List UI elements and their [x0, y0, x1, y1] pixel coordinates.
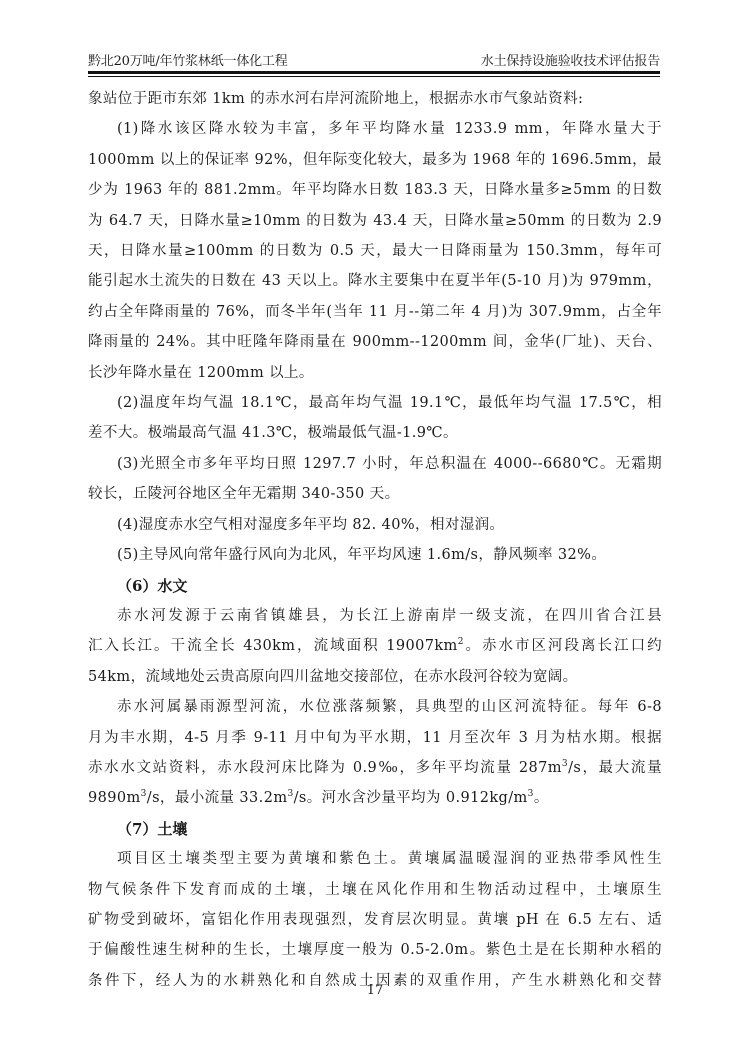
- text-line: 9890m3/s，最小流量 33.2m3/s。河水含沙量平均为 0.912kg/…: [88, 783, 662, 813]
- text-line: 为 64.7 天，日降水量≥10mm 的日数为 43.4 天，日降水量≥50mm…: [88, 206, 662, 236]
- text-line: 汇入长江。干流全长 430km，流域面积 19007km2。赤水市区河段离长江口…: [88, 631, 662, 661]
- text-span: /s，最小流量 33.2m: [147, 790, 288, 806]
- precipitation-paragraph: (1)降水该区降水较为丰富，多年平均降水量 1233.9 mm，年降水量大于 1…: [88, 114, 662, 388]
- sunlight-paragraph: (3)光照全市多年平均日照 1297.7 小时，年总积温在 4000--6680…: [88, 449, 662, 510]
- humidity-paragraph: (4)湿度赤水空气相对湿度多年平均 82. 40%，相对湿润。: [88, 510, 662, 540]
- wind-paragraph: (5)主导风向常年盛行风向为北风，年平均风速 1.6m/s，静风频率 32%。: [88, 540, 662, 570]
- header-project-title: 黔北20万吨/年竹浆林纸一体化工程: [88, 50, 288, 69]
- page-body: 象站位于距市东郊 1km 的赤水河右岸河流阶地上，根据赤水市气象站资料: (1)…: [88, 84, 662, 996]
- text-line: 差不大。极端最高气温 41.3℃，极端最低气温-1.9℃。: [88, 418, 662, 448]
- page-header: 黔北20万吨/年竹浆林纸一体化工程 水土保持设施验收技术评估报告: [88, 42, 660, 70]
- page-number: 17: [0, 983, 750, 998]
- text-line: 项目区土壤类型主要为黄壤和紫色土。黄壤属温暖湿润的亚热带季风性生: [88, 844, 662, 874]
- text-line: 降雨量的 24%。其中旺隆年降雨量在 900mm--1200mm 间，金华(厂址…: [88, 327, 662, 357]
- soil-paragraph: 项目区土壤类型主要为黄壤和紫色土。黄壤属温暖湿润的亚热带季风性生 物气候条件下发…: [88, 844, 662, 996]
- text-line: 赤水河发源于云南省镇雄县，为长江上游南岸一级支流，在四川省合江县: [88, 601, 662, 631]
- text-span: 。赤水市区河段离长江口约: [464, 638, 662, 654]
- intro-line: 象站位于距市东郊 1km 的赤水河右岸河流阶地上，根据赤水市气象站资料:: [88, 84, 662, 114]
- text-span: 9890m: [88, 790, 141, 806]
- text-line: 物气候条件下发育而成的土壤，土壤在风化作用和生物活动过程中，土壤原生: [88, 875, 662, 905]
- text-line: 能引起水土流失的日数在 43 天以上。降水主要集中在夏半年(5-10 月)为 9…: [88, 266, 662, 296]
- section-heading-soil: （7）土壤: [88, 814, 662, 844]
- temperature-paragraph: (2)温度年均气温 18.1℃，最高年均气温 19.1℃，最低年均气温 17.5…: [88, 388, 662, 449]
- text-line: 约占全年降雨量的 76%，而冬半年(当年 11 月--第二年 4 月)为 307…: [88, 297, 662, 327]
- text-span: 。: [534, 790, 549, 806]
- text-span: /s，最大流量: [568, 760, 662, 776]
- hydrology-paragraph-1: 赤水河发源于云南省镇雄县，为长江上游南岸一级支流，在四川省合江县 汇入长江。干流…: [88, 601, 662, 692]
- hydrology-paragraph-2: 赤水河属暴雨源型河流，水位涨落频繁，具典型的山区河流特征。每年 6-8 月为丰水…: [88, 692, 662, 814]
- text-line: 天，日降水量≥100mm 的日数为 0.5 天，最大一日降雨量为 150.3mm…: [88, 236, 662, 266]
- text-line: (1)降水该区降水较为丰富，多年平均降水量 1233.9 mm，年降水量大于: [88, 114, 662, 144]
- section-heading-hydrology: （6）水文: [88, 571, 662, 601]
- header-report-title: 水土保持设施验收技术评估报告: [481, 50, 660, 69]
- text-line: (2)温度年均气温 18.1℃，最高年均气温 19.1℃，最低年均气温 17.5…: [88, 388, 662, 418]
- header-rule-thick: [88, 71, 660, 74]
- text-line: 1000mm 以上的保证率 92%，但年际变化较大，最多为 1968 年的 16…: [88, 145, 662, 175]
- text-span: 赤水水文站资料，赤水段河床比降为 0.9‰，多年平均流量 287m: [88, 760, 562, 776]
- text-line: 月为丰水期，4-5 月季 9-11 月中旬为平水期，11 月至次年 3 月为枯水…: [88, 723, 662, 753]
- text-span: 汇入长江。干流全长 430km，流域面积 19007km: [88, 638, 458, 654]
- text-line: 于偏酸性速生树种的生长，土壤厚度一般为 0.5-2.0m。紫色土是在长期种水稻的: [88, 935, 662, 965]
- text-line: 54km，流域地处云贵高原向四川盆地交接部位，在赤水段河谷较为宽阔。: [88, 662, 662, 692]
- text-line: 赤水河属暴雨源型河流，水位涨落频繁，具典型的山区河流特征。每年 6-8: [88, 692, 662, 722]
- text-line: 较长，丘陵河谷地区全年无霜期 340-350 天。: [88, 479, 662, 509]
- text-span: /s。河水含沙量平均为 0.912kg/m: [294, 790, 528, 806]
- text-line: 少为 1963 年的 881.2mm。年平均降水日数 183.3 天，日降水量多…: [88, 175, 662, 205]
- text-line: 赤水水文站资料，赤水段河床比降为 0.9‰，多年平均流量 287m3/s，最大流…: [88, 753, 662, 783]
- text-line: (3)光照全市多年平均日照 1297.7 小时，年总积温在 4000--6680…: [88, 449, 662, 479]
- text-line: 矿物受到破坏，富铝化作用表现强烈，发育层次明显。黄壤 pH 在 6.5 左右、适: [88, 905, 662, 935]
- text-line: 长沙年降水量在 1200mm 以上。: [88, 358, 662, 388]
- header-rule-thin: [88, 76, 660, 77]
